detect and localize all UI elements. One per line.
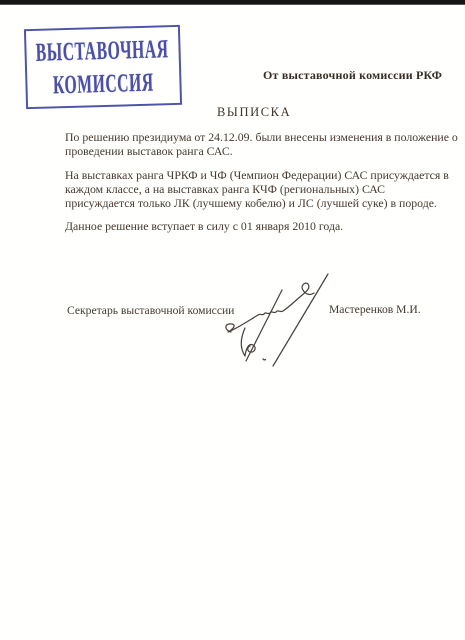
document-title: ВЫПИСКА [217,105,291,120]
body-line: Данное решение вступает в силу с 01 янва… [65,219,435,233]
document-body: По решению президиума от 24.12.09. были … [65,130,435,243]
signature-name-label: Мастеренков М.И. [329,303,421,316]
body-line: проведении выставок ранга САС. [65,144,435,158]
paragraph-rules: На выставках ранга ЧРКФ и ЧФ (Чемпион Фе… [65,168,435,211]
body-line: каждом классе, а на выставках ранга КЧФ … [65,182,435,196]
signature-role-label: Секретарь выставочной комиссии [67,304,234,317]
body-line: присуждается только ЛК (лучшему кобелю) … [65,196,435,210]
stamp-text-line-2: КОМИССИЯ [53,66,155,102]
handwritten-signature-icon [218,260,340,378]
paragraph-decision: По решению президиума от 24.12.09. были … [65,130,435,159]
paragraph-effective-date: Данное решение вступает в силу с 01 янва… [65,219,435,233]
body-line: По решению президиума от 24.12.09. были … [65,130,435,144]
exhibition-commission-stamp: ВЫСТАВОЧНАЯ КОМИССИЯ [24,25,182,109]
scan-edge-artifact [0,0,465,5]
from-commission-header: От выставочной комиссии РКФ [263,68,442,83]
stamp-text-line-1: ВЫСТАВОЧНАЯ [36,32,170,69]
scanned-document-page: ВЫСТАВОЧНАЯ КОМИССИЯ От выставочной коми… [0,0,465,640]
body-line: На выставках ранга ЧРКФ и ЧФ (Чемпион Фе… [65,168,435,182]
